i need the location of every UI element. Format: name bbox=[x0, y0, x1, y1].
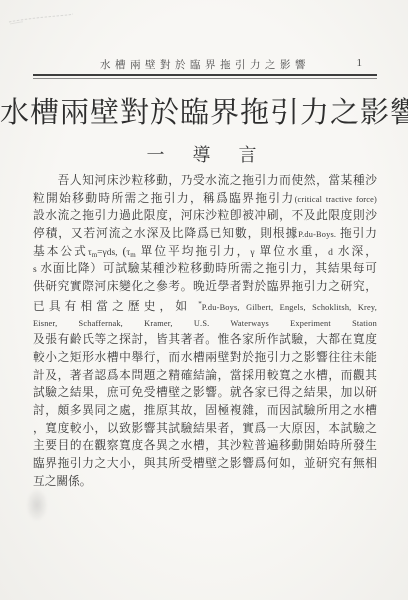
body-line: 供研究實際河床變化之參考。晚近學者對於臨界拖引力之研究， bbox=[33, 278, 377, 296]
body-line: 討，頗多異同之處，推原其故，固極複雜，而因試驗所用之水槽 bbox=[33, 402, 377, 420]
page-number: 1 bbox=[357, 57, 363, 69]
body-line: s 水面比降）可試驗某種沙粒移動時所需之拖引力，其結果每可 bbox=[33, 260, 377, 278]
body-line: 及張有齡氏等之探討，皆其著者。惟各家所作試驗，大都在寬度 bbox=[33, 331, 377, 349]
body-line: 基本公式τm=γds, (τm 單位平均拖引力，γ 單位水重，d 水深， bbox=[33, 243, 377, 261]
body-line: 試驗之結果，庶可免受槽壁之影響。就各家已得之結果，加以研 bbox=[33, 384, 377, 402]
body-line: 已具有相當之歷史，如 *P.du-Boys, Gilbert, Engels, … bbox=[33, 296, 377, 314]
body-line: 臨界拖引力之大小，與其所受槽壁之影響爲何如，並研究有無相 bbox=[33, 455, 377, 473]
body-line: 主要目的在觀察寬度各異之水槽，其沙粒普遍移動開始時所發生 bbox=[33, 437, 377, 455]
body-line: 互之關係。 bbox=[33, 473, 377, 491]
section-heading: 一 導 言 bbox=[0, 141, 408, 167]
running-header: 水槽兩壁對於臨界拖引力之影響 bbox=[33, 57, 377, 73]
scan-smudge bbox=[26, 488, 48, 522]
header-rule bbox=[33, 74, 377, 79]
body-line: Eisner, Schaffernak, Kramer, U.S. Waterw… bbox=[33, 314, 377, 332]
body-line: 計及，著者認爲本問題之精確結論，當採用較寬之水槽，而觀其 bbox=[33, 367, 377, 385]
page-title: 水槽兩壁對於臨界拖引力之影響 bbox=[0, 90, 408, 131]
scanned-paper-page: 水槽兩壁對於臨界拖引力之影響 1 水槽兩壁對於臨界拖引力之影響 一 導 言 吾人… bbox=[0, 0, 408, 600]
body-line: 粒開始移動時所需之拖引力，稱爲臨界拖引力(critical tractive f… bbox=[33, 190, 377, 208]
body-line: 設水流之拖引力過此限度，河床沙粒卽被冲刷，不及此限度則沙 bbox=[33, 207, 377, 225]
body-line: 較小之矩形水槽中舉行，而水槽兩壁對於拖引力之影響往往未能 bbox=[33, 349, 377, 367]
body-line: 停積，又若河流之水深及比降爲已知數，則根據P.du-Boys. 拖引力 bbox=[33, 225, 377, 243]
pencil-scribble-mark bbox=[6, 6, 76, 28]
body-text: 吾人知河床沙粒移動，乃受水流之拖引力而使然，當某種沙粒開始移動時所需之拖引力，稱… bbox=[33, 172, 377, 490]
body-line: ，寬度較小，以致影響其試驗結果者，實爲一大原因，本試驗之 bbox=[33, 420, 377, 438]
body-line: 吾人知河床沙粒移動，乃受水流之拖引力而使然，當某種沙 bbox=[33, 172, 377, 190]
